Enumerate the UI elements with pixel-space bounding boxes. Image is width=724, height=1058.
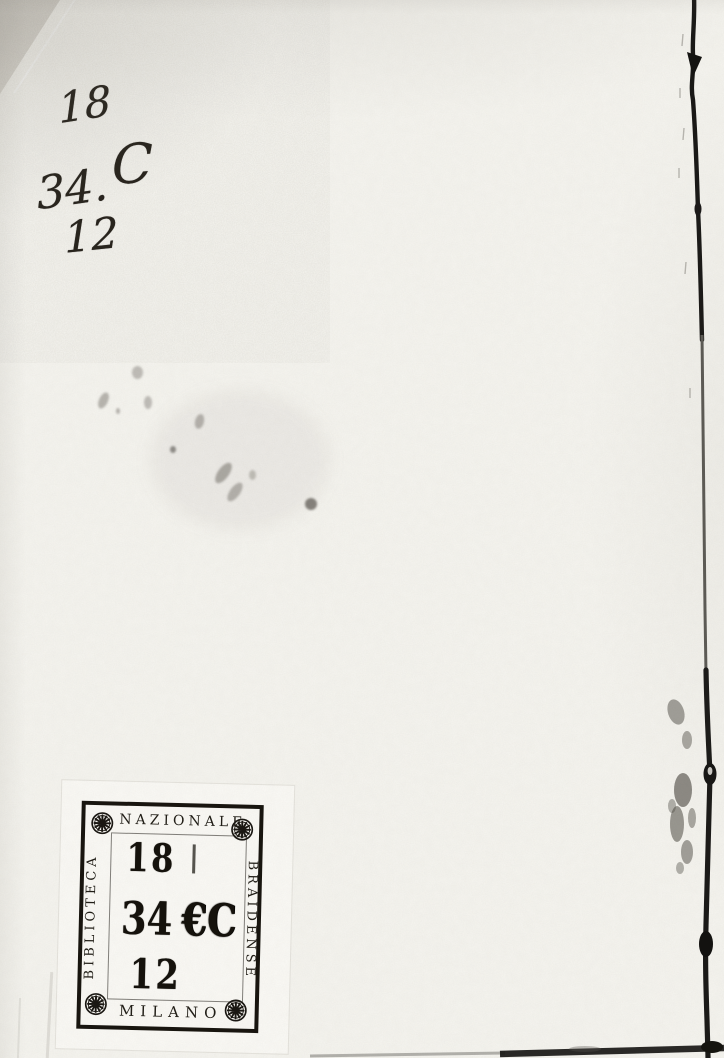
thread-knot bbox=[699, 931, 713, 957]
shelfmark-stamp-line-1: 18 bbox=[126, 839, 176, 879]
library-label: NAZIONALE BIBLIOTECA BRAIDENSE MILANO 18… bbox=[55, 779, 296, 1055]
page-smudge bbox=[144, 396, 152, 409]
stamp-line-2-number: 34 bbox=[120, 896, 172, 942]
thread-crease-dashes bbox=[679, 34, 690, 398]
label-text-bottom: MILANO bbox=[110, 1001, 224, 1022]
page-bottom-edge bbox=[569, 1046, 601, 1052]
thread-knot bbox=[695, 202, 702, 216]
stamp-line-2-mark: €C bbox=[181, 897, 237, 943]
handwritten-line-3: 12 bbox=[63, 212, 119, 261]
page-smudge bbox=[96, 391, 111, 410]
page-smudge bbox=[249, 470, 256, 480]
library-label-frame: NAZIONALE BIBLIOTECA BRAIDENSE MILANO 18… bbox=[76, 801, 264, 1033]
binding-thread-path bbox=[702, 335, 706, 674]
edge-stain bbox=[664, 697, 696, 874]
handwritten-line-2: 34.C bbox=[35, 148, 156, 218]
thread-knot bbox=[687, 52, 702, 77]
handwritten-line-2-letter: C bbox=[111, 136, 152, 193]
shelfmark-stamp-line-3: 12 bbox=[129, 954, 182, 996]
page-smudge bbox=[170, 446, 176, 453]
binding-thread-path bbox=[692, 0, 702, 340]
handwritten-line-1: 18 bbox=[57, 80, 112, 131]
page-smudge bbox=[116, 408, 120, 414]
page-bottom-edge bbox=[310, 1053, 505, 1056]
shelfmark-stamp-line-2: 34€C bbox=[120, 896, 236, 944]
binding-thread-path bbox=[706, 670, 710, 1058]
page-smudge bbox=[132, 366, 143, 379]
page-bottom-edge bbox=[701, 1041, 723, 1053]
page-fold-line bbox=[17, 998, 21, 1058]
label-text-left: BIBLIOTECA bbox=[81, 831, 102, 1001]
page-fold-line bbox=[46, 972, 53, 1058]
thread-knot-highlight bbox=[708, 767, 713, 775]
scanned-book-page: 18 34.C 12 NAZIONALE bbox=[0, 0, 724, 1058]
page-bottom-edge bbox=[500, 1048, 724, 1054]
thread-knot bbox=[704, 763, 717, 785]
page-smudge bbox=[305, 498, 317, 510]
page-smudge bbox=[150, 390, 330, 530]
label-text-top: NAZIONALE bbox=[115, 812, 229, 831]
